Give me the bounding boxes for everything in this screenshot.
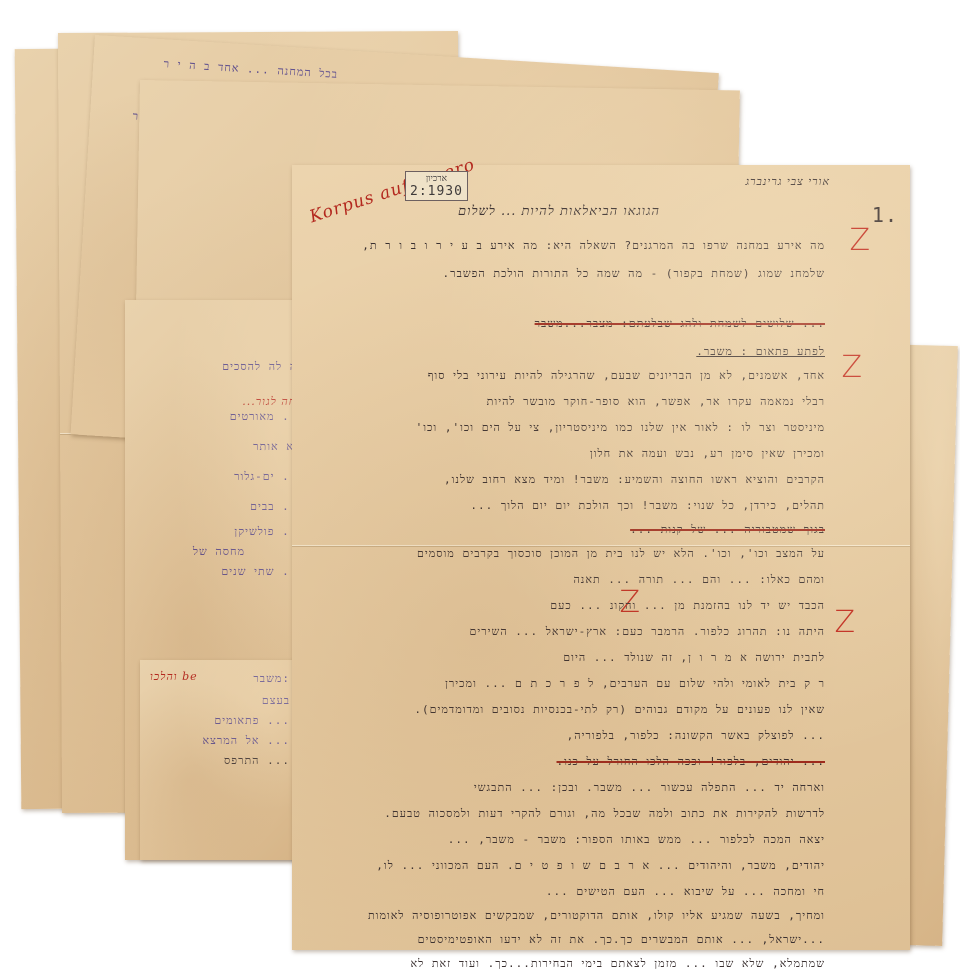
back-sheet-lower-left: :משבר בעצם ... פתאומים ... אל המרצא ... …: [140, 660, 300, 860]
typed-line: רבלי נמאמה עקרו אר, אפשר, הוא סופר-חוקר …: [487, 395, 825, 408]
typed-line: ...ישראל, ... אותם המבשרים כך.כך. את זה …: [418, 933, 825, 946]
typed-line: ר ק בית לאומי ולהי שלום עם הערבים, ל פ ר…: [445, 677, 825, 690]
typed-line: ומכירן שאין סימן רע, נבש ועמה את חלון: [590, 447, 825, 460]
typed-line: ... התרפס: [224, 754, 290, 767]
handwritten-note: והלכו be: [150, 670, 198, 683]
archive-stamp: ארכיון 2:1930: [405, 171, 468, 201]
typed-line: תהלים, כירדן, כל שנוי: משבר! וכך הולכת י…: [470, 499, 825, 512]
page-title: הגוגאו הביאלאות להיות ... לשלום: [458, 203, 660, 219]
red-z-mark: Z: [841, 350, 862, 385]
typed-line: יצאה המכה לכלפור ... ממש באותו הספור: מש…: [448, 833, 825, 846]
typed-line: הקרבים והוציא ראשו החוצה והשמיע: משבר! ו…: [444, 473, 825, 486]
typed-line: יהודים, משבר, והיהודים ... א ר ב ם ש ו פ…: [376, 859, 825, 872]
typed-line: בכל המחנה ... אחד ב ה י ר: [163, 57, 338, 81]
fold-crease: [292, 545, 910, 546]
typed-line: שמתמלא, שלא שבו ... מזמן לצאתם בימי הבחי…: [410, 957, 825, 970]
typed-line: ... יהודים, בלפור! וככה הלכו החורל על כנ…: [557, 755, 825, 768]
typed-line: ... שלושים לשמחת ולהג שבלעתם: מצבר...משב…: [535, 317, 825, 330]
typed-line: ... פתאומים: [214, 714, 290, 727]
typed-line: ומחיך, בשעה שמגיע אליו קולו, אותם הדוקטו…: [368, 909, 825, 922]
typed-line: הכבד יש יד לנו בהזמנת מן ... והקונ ... כ…: [550, 599, 825, 612]
front-page: Korpus auf Cicero ארכיון 2:1930 אורי צבי…: [292, 165, 910, 950]
page-number: 1.: [872, 203, 898, 227]
typed-line: מיניסטר וצר לו : לאור אין שלנו כמו מיניס…: [416, 421, 825, 434]
typed-line: חי ומחכה ... על שיבוא ... העם הטישים ...: [546, 885, 825, 898]
typed-line: ומהם כאלו: ... והם ... תורה ... תאנה: [573, 573, 825, 586]
archive-stamp-label: ארכיון: [410, 173, 463, 184]
typed-line: אחד, אשמנים, לא מן הבריונים שבעם, שהרגיל…: [428, 369, 825, 382]
typed-line: היתה נו: תהרוג כלפור. הרמבר כעם: ארץ-ישר…: [470, 625, 826, 638]
typed-line: שלמחנ שמוג (שמחת בקפור) - מה שמה כל התור…: [443, 267, 825, 280]
typed-line: וארחה יד ... התפלה עכשור ... משבר. ובכן:…: [474, 781, 825, 794]
typed-line: ... אל המרצא: [203, 734, 290, 747]
red-z-mark: Z: [849, 223, 870, 258]
typed-line: מחסה של: [193, 545, 245, 558]
typed-line: בעצם: [262, 694, 290, 707]
typed-line: בגוף שמטבוריה ... של קנות ...: [630, 523, 825, 536]
typed-line: על המצב וכו', וכו'. הלא יש לנו בית מן המ…: [417, 547, 825, 560]
author-note: אורי צבי גרינברג: [746, 175, 830, 188]
typed-line: לפתע פתאום : משבר.: [696, 345, 825, 358]
typed-line: לדרשות להקירות את כתוב ולמה שבכל מה, וגו…: [384, 807, 825, 820]
typed-line: ... לפוצלק באשר הקשונה: כלפור, בלפוריה,: [567, 729, 825, 742]
archive-stamp-number: 2:1930: [410, 184, 463, 199]
typed-line: לתבית ירושה א מ ר ו ן, זה שנולד ... היום: [563, 651, 825, 664]
typed-line: :משבר: [253, 672, 290, 685]
typed-line: שאין לנו פעונים על מקודם גבוהים (רק לתי-…: [414, 703, 825, 716]
typed-line: מה אירע במחנה שרפו בה המרגנים? השאלה היא…: [362, 239, 825, 252]
red-z-mark: Z: [834, 605, 855, 640]
